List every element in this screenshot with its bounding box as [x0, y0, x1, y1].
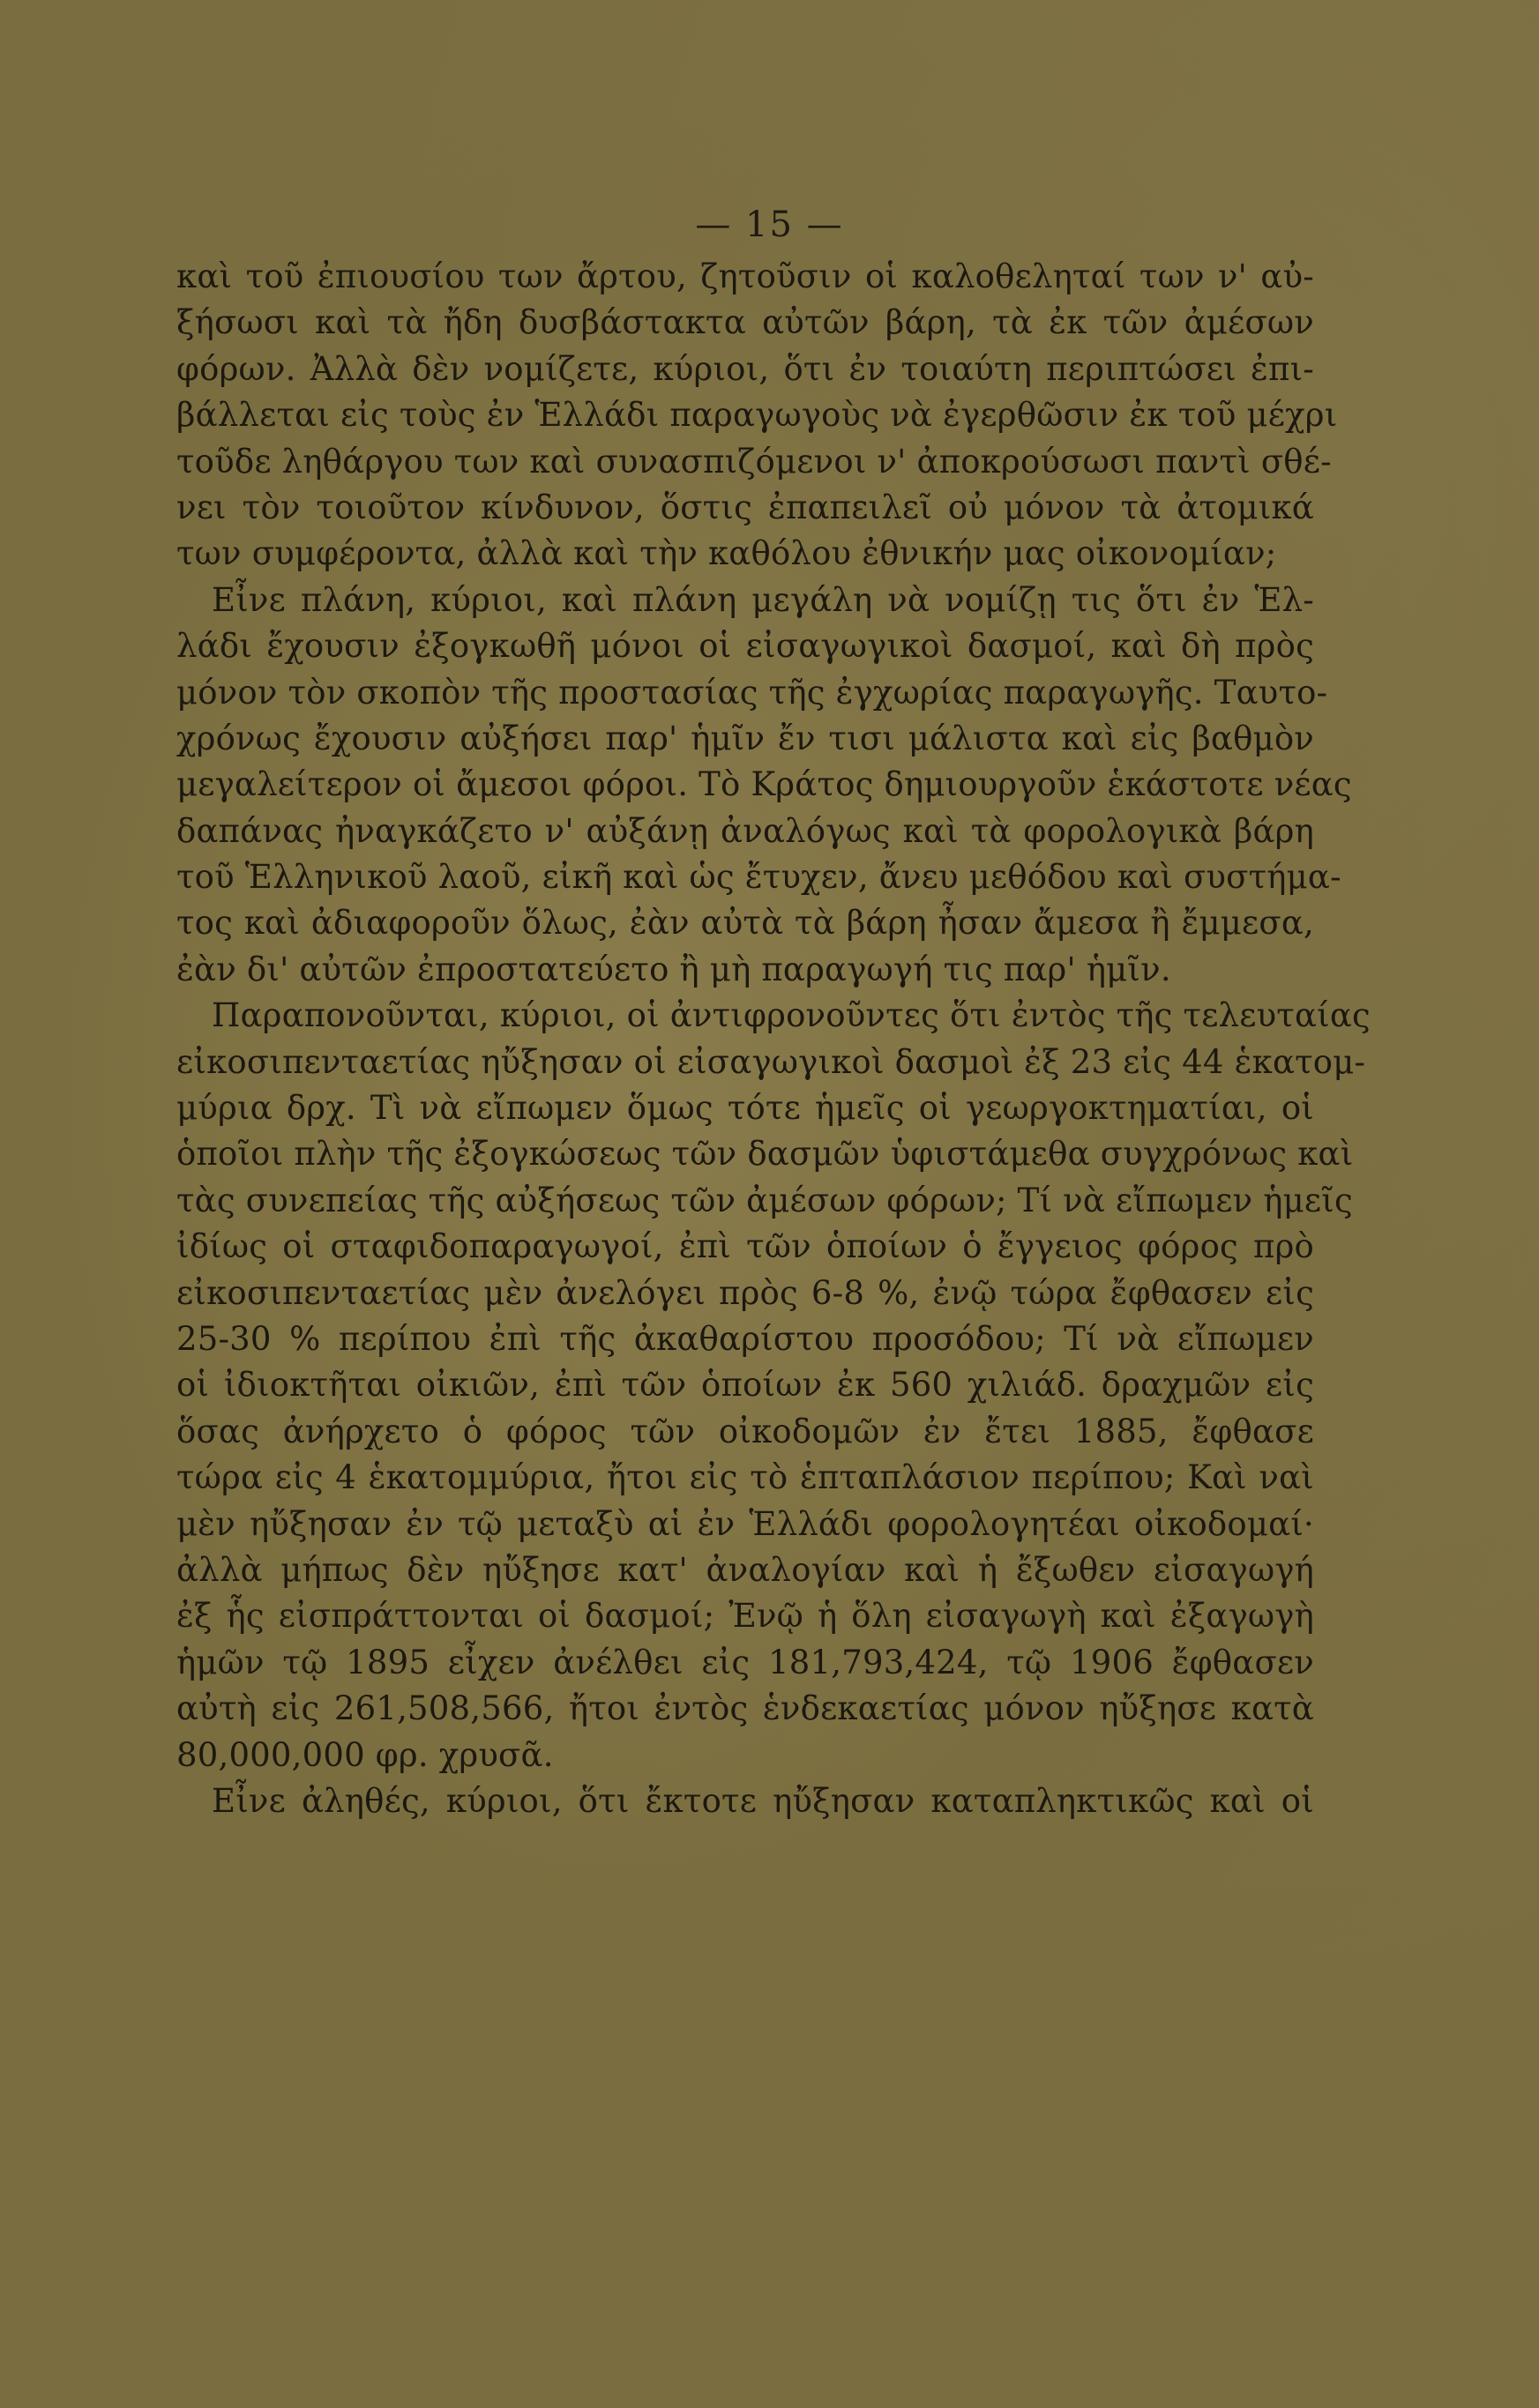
text-line: αὐτὴ εἰς 261,508,566, ἤτοι ἐντὸς ἑνδεκαε… — [176, 1686, 1314, 1732]
text-line: Παραπονοῦνται, κύριοι, οἱ ἀντιφρονοῦντες… — [176, 993, 1314, 1039]
paragraph-2: Εἶνε πλάνη, κύριοι, καὶ πλάνη μεγάλη νὰ … — [176, 578, 1314, 994]
paragraph-4: Εἶνε ἀληθές, κύριοι, ὅτι ἔκτοτε ηὔξησαν … — [176, 1778, 1314, 1824]
text-line: μὲν ηὔξησαν ἐν τῷ μεταξὺ αἱ ἐν Ἑλλάδι φο… — [176, 1502, 1314, 1547]
paragraph-3: Παραπονοῦνται, κύριοι, οἱ ἀντιφρονοῦντες… — [176, 993, 1314, 1778]
text-line: ἐὰν δι' αὐτῶν ἐπροστατεύετο ἢ μὴ παραγωγ… — [176, 947, 1314, 993]
text-line: των συμφέροντα, ἀλλὰ καὶ τὴν καθόλου ἐθν… — [176, 531, 1314, 577]
document-page: — 15 — καὶ τοῦ ἐπιουσίου των ἄρτου, ζητο… — [0, 0, 1539, 2408]
text-line: Εἶνε ἀληθές, κύριοι, ὅτι ἔκτοτε ηὔξησαν … — [176, 1778, 1314, 1824]
page-number: — 15 — — [0, 205, 1539, 245]
text-line: τοῦδε ληθάργου των καὶ συνασπιζόμενοι ν'… — [176, 439, 1314, 485]
text-line: βάλλεται εἰς τοὺς ἐν Ἑλλάδι παραγωγοὺς ν… — [176, 392, 1314, 438]
text-line: ὅσας ἀνήρχετο ὁ φόρος τῶν οἰκοδομῶν ἐν ἔ… — [176, 1409, 1314, 1455]
body-text: καὶ τοῦ ἐπιουσίου των ἄρτου, ζητοῦσιν οἱ… — [176, 254, 1314, 1824]
text-line: τοῦ Ἑλληνικοῦ λαοῦ, εἰκῆ καὶ ὡς ἔτυχεν, … — [176, 854, 1314, 900]
text-line: φόρων. Ἀλλὰ δὲν νομίζετε, κύριοι, ὅτι ἐν… — [176, 347, 1314, 392]
text-line: μόνον τὸν σκοπὸν τῆς προστασίας τῆς ἐγχω… — [176, 670, 1314, 716]
text-line: 80,000,000 φρ. χρυσᾶ. — [176, 1733, 1314, 1778]
text-line: τος καὶ ἀδιαφοροῦν ὅλως, ἐὰν αὐτὰ τὰ βάρ… — [176, 900, 1314, 946]
text-line: Εἶνε πλάνη, κύριοι, καὶ πλάνη μεγάλη νὰ … — [176, 578, 1314, 623]
text-line: ἡμῶν τῷ 1895 εἶχεν ἀνέλθει εἰς 181,793,4… — [176, 1640, 1314, 1686]
text-line: νει τὸν τοιοῦτον κίνδυνον, ὅστις ἐπαπειλ… — [176, 485, 1314, 531]
text-line: εἰκοσιπενταετίας μὲν ἀνελόγει πρὸς 6-8 %… — [176, 1271, 1314, 1316]
text-line: ἰδίως οἱ σταφιδοπαραγωγοί, ἐπὶ τῶν ὁποίω… — [176, 1224, 1314, 1270]
text-line: ἐξ ἧς εἰσπράττονται οἱ δασμοί; Ἐνῷ ἡ ὅλη… — [176, 1593, 1314, 1639]
text-line: τώρα εἰς 4 ἑκατομμύρια, ἤτοι εἰς τὸ ἑπτα… — [176, 1455, 1314, 1501]
text-line: μεγαλείτερον οἱ ἄμεσοι φόροι. Τὸ Κράτος … — [176, 762, 1314, 808]
paragraph-1: καὶ τοῦ ἐπιουσίου των ἄρτου, ζητοῦσιν οἱ… — [176, 254, 1314, 578]
text-line: ἀλλὰ μήπως δὲν ηὔξησε κατ' ἀναλογίαν καὶ… — [176, 1547, 1314, 1593]
text-line: ὁποῖοι πλὴν τῆς ἐξογκώσεως τῶν δασμῶν ὑφ… — [176, 1131, 1314, 1177]
text-line: τὰς συνεπείας τῆς αὐξήσεως τῶν ἀμέσων φό… — [176, 1178, 1314, 1224]
text-line: εἰκοσιπενταετίας ηὔξησαν οἱ εἰσαγωγικοὶ … — [176, 1040, 1314, 1085]
text-line: λάδι ἔχουσιν ἐξογκωθῆ μόνοι οἱ εἰσαγωγικ… — [176, 623, 1314, 669]
text-line: μύρια δρχ. Τὶ νὰ εἴπωμεν ὅμως τότε ἡμεῖς… — [176, 1085, 1314, 1131]
text-line: καὶ τοῦ ἐπιουσίου των ἄρτου, ζητοῦσιν οἱ… — [176, 254, 1314, 300]
text-line: ξήσωσι καὶ τὰ ἤδη δυσβάστακτα αὐτῶν βάρη… — [176, 300, 1314, 346]
text-line: χρόνως ἔχουσιν αὐξήσει παρ' ἡμῖν ἔν τισι… — [176, 716, 1314, 762]
text-line: 25-30 % περίπου ἐπὶ τῆς ἀκαθαρίστου προσ… — [176, 1316, 1314, 1362]
text-line: οἱ ἰδιοκτῆται οἰκιῶν, ἐπὶ τῶν ὁποίων ἐκ … — [176, 1362, 1314, 1408]
text-line: δαπάνας ἠναγκάζετο ν' αὐξάνῃ ἀναλόγως κα… — [176, 809, 1314, 854]
